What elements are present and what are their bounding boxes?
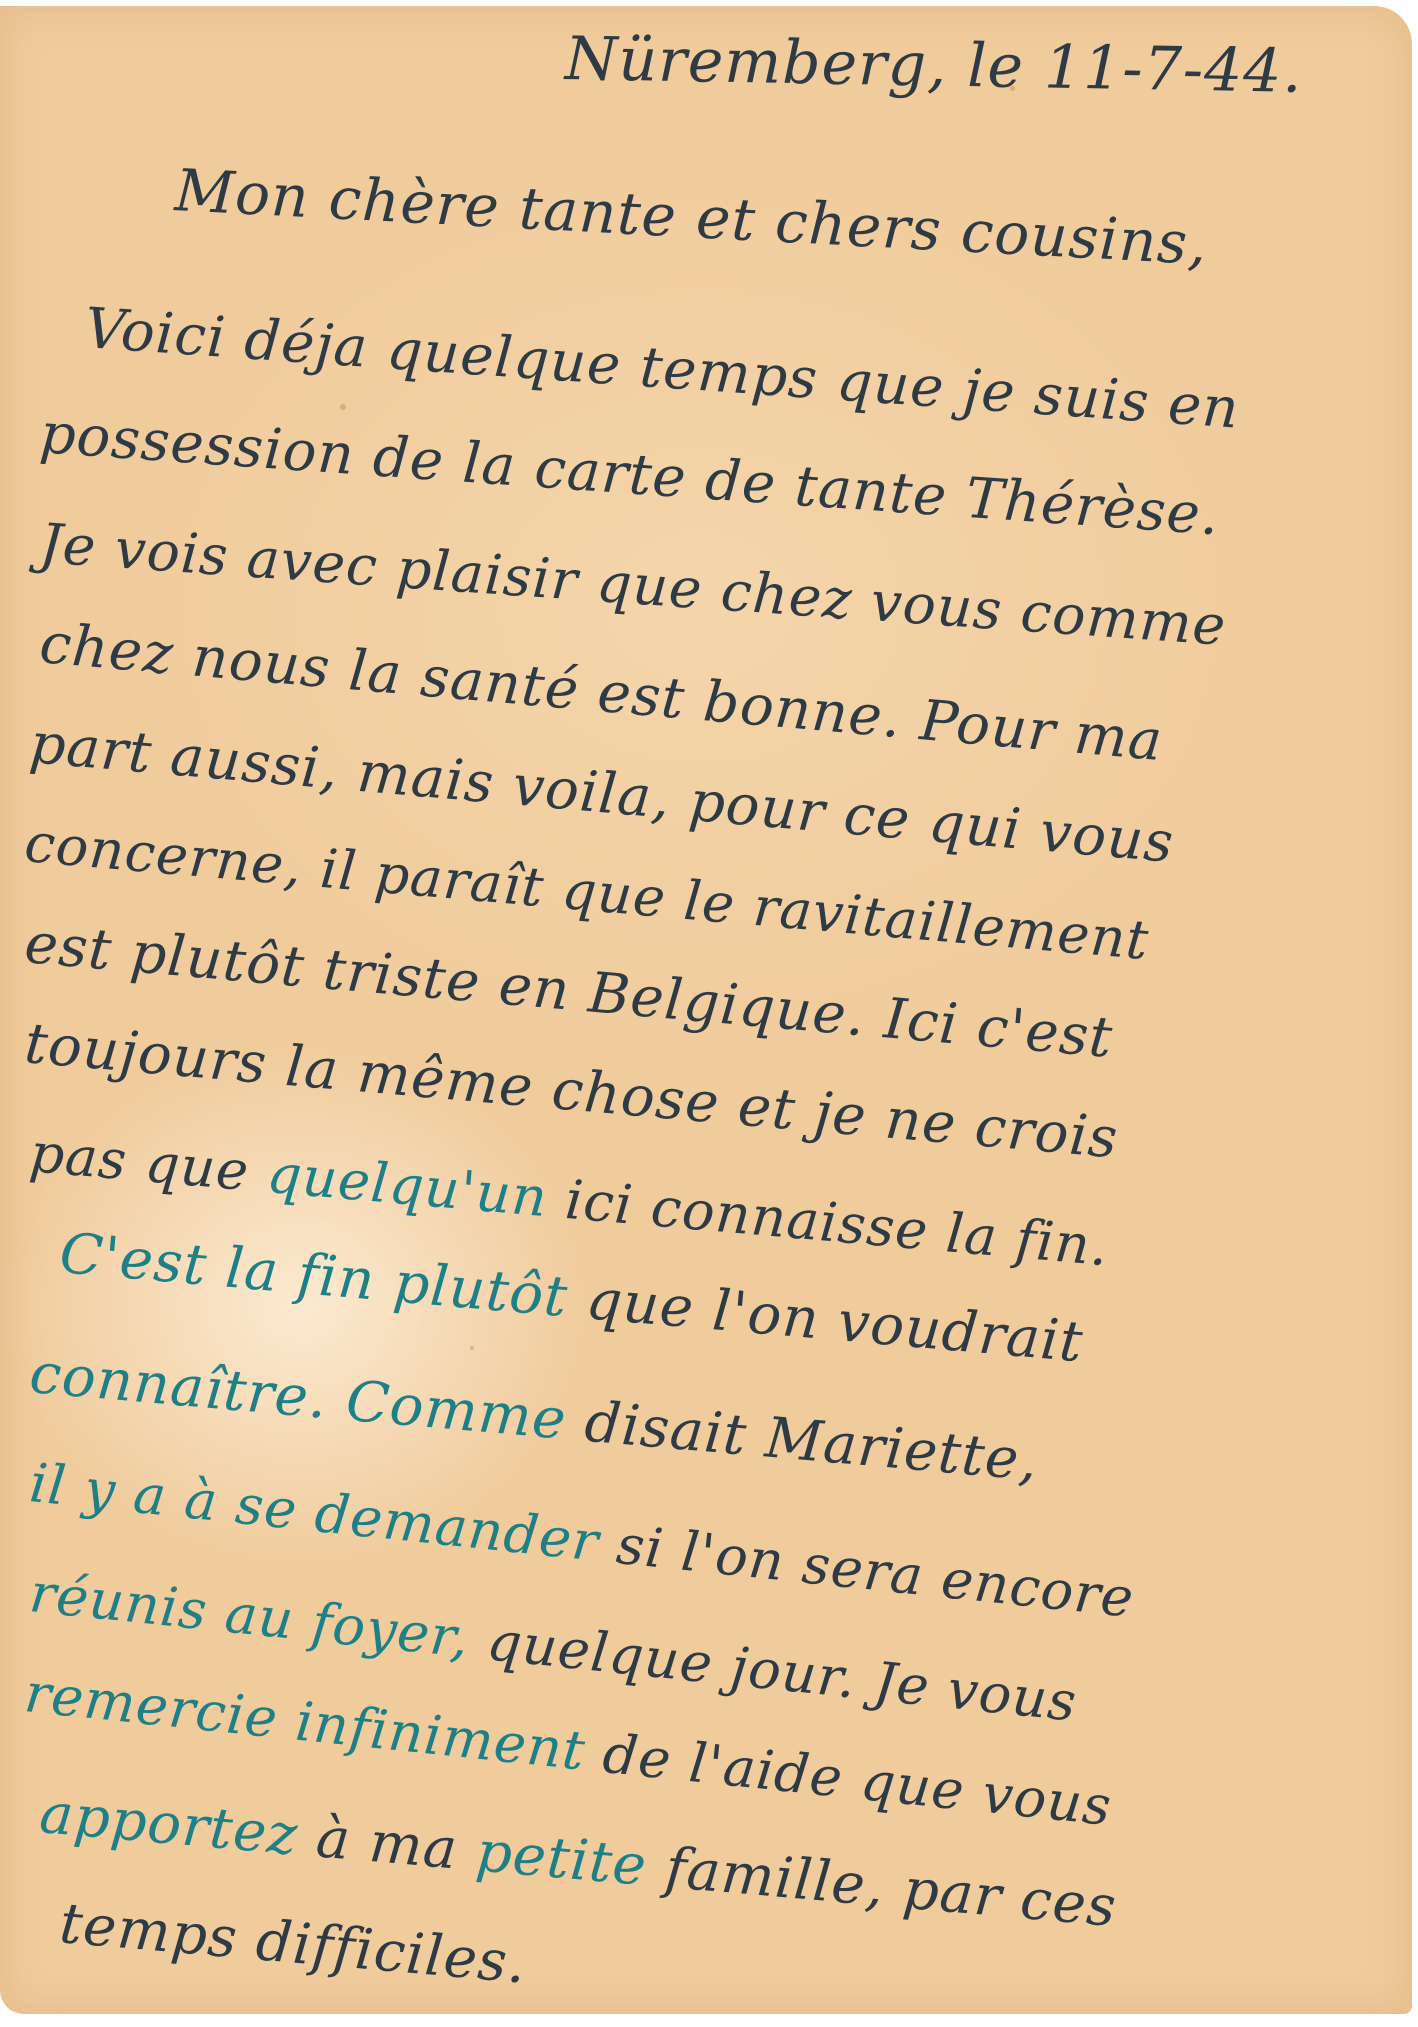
text-segment: petite	[474, 1819, 669, 1900]
body-line-16: temps difficiles.	[57, 1891, 529, 1997]
text-segment: quelque jour. Je vous	[484, 1609, 1080, 1734]
text-segment: apportez	[37, 1781, 319, 1870]
letter-paper: Nüremberg, le 11-7-44. Mon chère tante e…	[0, 6, 1412, 2014]
text-segment: réunis au foyer,	[27, 1561, 491, 1672]
text-segment: famille, par ces	[663, 1836, 1120, 1940]
paper-stain	[470, 1346, 474, 1350]
place-date: Nüremberg, le 11-7-44.	[564, 24, 1303, 107]
text-segment: connaître. Comme	[27, 1341, 588, 1454]
salutation: Mon chère tante et chers cousins,	[173, 156, 1209, 278]
text-segment: pas que	[27, 1121, 270, 1205]
text-segment: disait Mariette,	[582, 1390, 1041, 1494]
text-segment: C'est la fin plutôt	[57, 1221, 589, 1332]
paper-stain	[340, 404, 346, 410]
text-segment: quelqu'un	[264, 1142, 568, 1231]
text-segment: que l'on voudrait	[584, 1267, 1086, 1375]
text-segment: de l'aide que vous	[600, 1722, 1115, 1838]
text-segment: remercie infiniment	[22, 1661, 607, 1784]
text-segment: ici connaisse la fin.	[563, 1168, 1112, 1278]
text-segment: il y a à se demander	[27, 1451, 620, 1575]
text-segment: si l'on sera encore	[614, 1513, 1138, 1630]
text-segment: à ma	[314, 1805, 480, 1884]
